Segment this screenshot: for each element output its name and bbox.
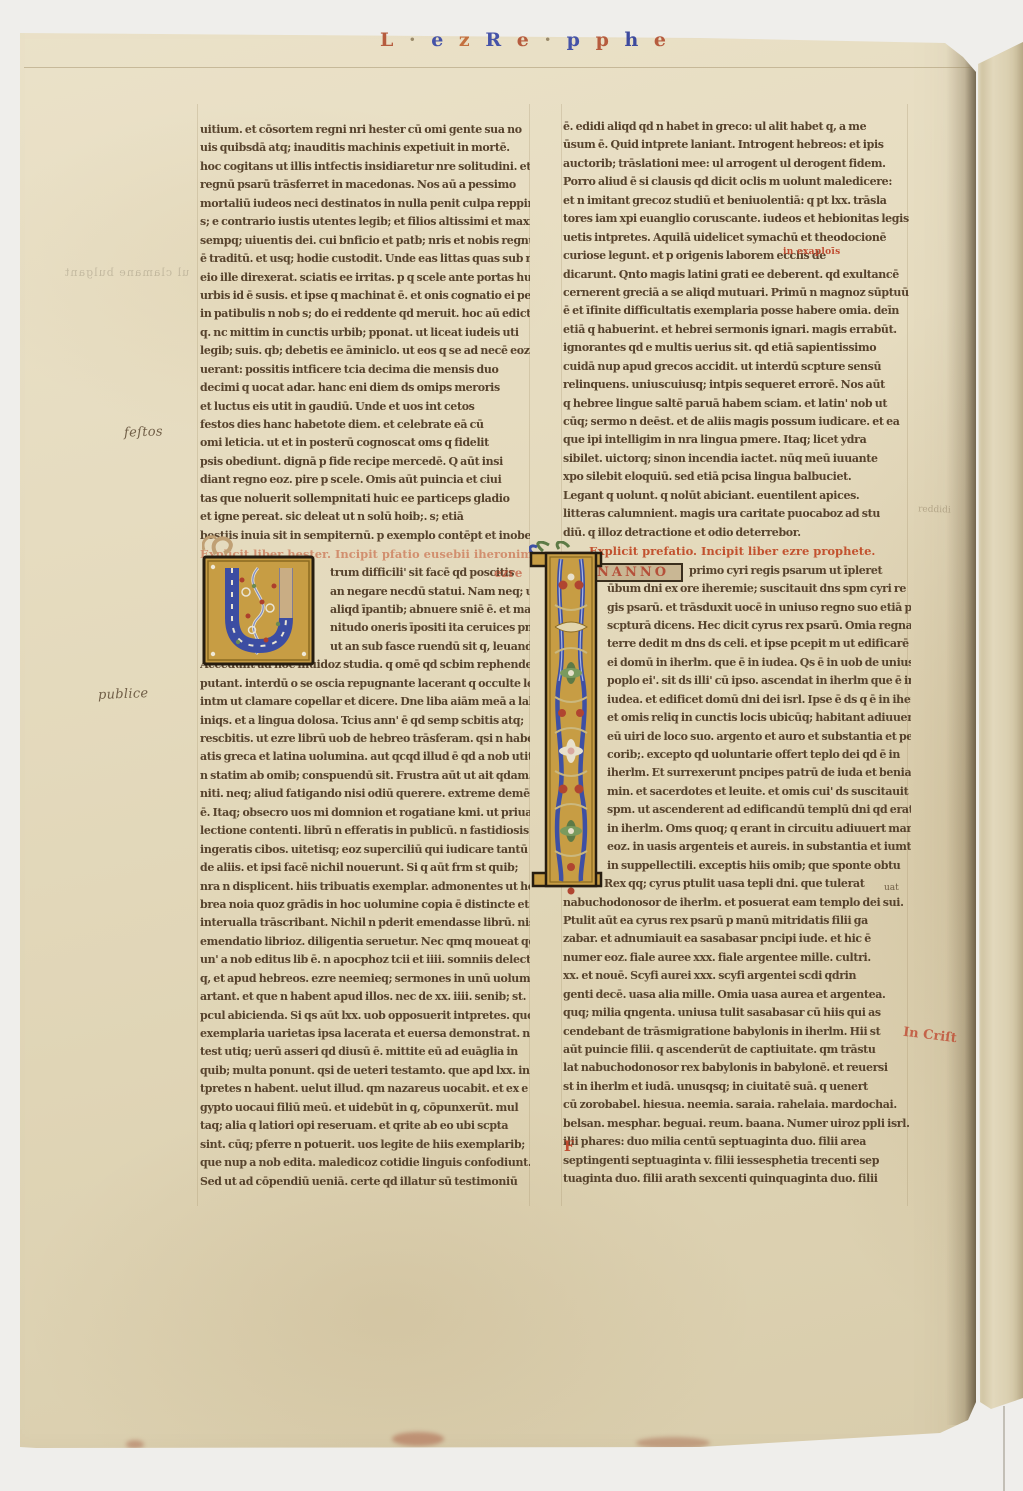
text-line: poplo ei'. sit ds illi' cū ipso. ascenda… [607, 672, 911, 690]
text-line: emendatio librioz. diligentia seruetur. … [200, 933, 530, 951]
inline-red-ezre: ezre [494, 566, 522, 580]
text-line: etiā q habuerint. et hebrei sermonis ign… [563, 321, 911, 339]
red-stain [392, 1432, 444, 1446]
incipit-first-line: primo cyri regis psarum ut īpleret [689, 564, 882, 577]
text-line: terre dedit m dns ds celi. et ipse pcepi… [607, 635, 911, 653]
running-title-letter: e [431, 29, 443, 51]
text-line: tas que noluerit sollempnitati huic ee p… [200, 490, 530, 508]
text-line: uitium. et cōsortem regni nri hester cū … [200, 121, 530, 139]
text-line: ilii phares: duo milia centū septuaginta… [563, 1133, 911, 1151]
text-line: intm ut clamare copellar et dicere. Dne … [200, 693, 530, 711]
initial-f-filii: F [564, 1139, 574, 1155]
text-line: iniqs. et a lingua dolosa. Tcius ann' ē … [200, 712, 530, 730]
ruling-line-top [24, 67, 972, 68]
text-line: genti decē. uasa alia mille. Omia uasa a… [563, 986, 911, 1004]
text-line: dicarunt. Qnto magis latini grati ee deb… [563, 266, 911, 284]
text-line: st in iherlm et iudā. unusqsq; in ciuita… [563, 1078, 911, 1096]
text-line: xx. et nouē. Scyfi aurei xxx. scyfi arge… [563, 967, 911, 985]
text-line: iudea. et edificet domū dni dei isrl. Ip… [607, 691, 911, 709]
text-line: q, et apud hebreos. ezre neemieq; sermon… [200, 970, 530, 988]
margin-note-publice: publice [98, 686, 149, 703]
text-line: q. nc mittim in cunctis urbib; pponat. u… [200, 324, 530, 342]
margin-note-reddidi: reddidi [918, 504, 951, 515]
text-line: relinquens. uniuscuiusq; intpis sequeret… [563, 376, 911, 394]
text-line: uetis intpretes. Aquilā uidelicet symach… [563, 229, 911, 247]
text-line: sibilet. uictorq; sinon incendia iactet.… [563, 450, 911, 468]
ezra-indent-lines: ūbum dni ex ore iheremie; suscitauit dns… [563, 580, 911, 875]
text-line: diū. q illoz detractione et odio deterre… [563, 524, 911, 542]
text-line: iherlm. Et surrexerunt pncipes patrū de … [607, 764, 911, 782]
text-line: quq; milia qngenta. uniusa tulit sasabas… [563, 1004, 911, 1022]
text-line: Legant q uolunt. q nolūt abiciant. euent… [563, 487, 911, 505]
text-line: tpretes n habent. uelut illud. qm nazare… [200, 1080, 530, 1098]
text-line: in suppellectili. exceptis hiis omib; qu… [607, 857, 911, 875]
text-line: scpturā dicens. Hec dicit cyrus rex psar… [607, 617, 911, 635]
text-line: sint. cūq; pferre n potuerit. uos legite… [200, 1136, 530, 1154]
text-line: de aliis. et ipsi facē nichil nouerunt. … [200, 859, 530, 877]
text-line: uis quibsdā atq; inauditis machinis expe… [200, 139, 530, 157]
text-line: ē traditū. et usq; hodie custodit. Unde … [200, 250, 530, 268]
text-line: cendebant de trāsmigratione babylonis in… [563, 1023, 911, 1041]
text-line: nitudo oneris īpositi ita ceruices pmit [330, 619, 530, 637]
text-line: in patibulis n nob s; do ei reddente qd … [200, 305, 530, 323]
text-line: hoc cogitans ut illis intfectis insidiar… [200, 158, 530, 176]
text-line: numer eoz. fiale auree xxx. fiale argent… [563, 949, 911, 967]
text-line: mortaliū iudeos neci destinatos in nulla… [200, 195, 530, 213]
running-title-letter: · [409, 29, 416, 51]
text-line: n statim ab omib; conspuendū sit. Frustr… [200, 767, 530, 785]
text-line: lectione contenti. librū n efferatis in … [200, 822, 530, 840]
ruling-line-col1-left [197, 104, 198, 1206]
running-title-letter: e [517, 29, 529, 51]
text-line: cūq; sermo n deēst. et de aliis magis po… [563, 413, 911, 431]
text-line: spm. ut ascenderent ad edificandū templū… [607, 801, 911, 819]
gutter-shadow [946, 40, 977, 1425]
manuscript-photo: L·ezRe·pphe uitium. et cōsortem regni nr… [0, 0, 1023, 1491]
text-line: nra n displicent. hiis tribuatis exempla… [200, 878, 530, 896]
esther-ending-lines: uitium. et cōsortem regni nri hester cū … [200, 121, 530, 545]
text-line: corib;. excepto qd uoluntarie offert tep… [607, 746, 911, 764]
right-text-column: ē. edidi aliqd qd n habet in greco: ul a… [563, 118, 911, 1210]
text-line: urbis id ē susis. et ipse q machinat ē. … [200, 287, 530, 305]
text-line: atis greca et latina uolumina. aut qcqd … [200, 748, 530, 766]
running-title-letter: · [544, 29, 551, 51]
text-line: belsan. mesphar. beguai. reum. baana. Nu… [563, 1115, 911, 1133]
running-title-letter: R [485, 29, 501, 51]
text-line: rescbitis. ut ezre librū uob de hebreo t… [200, 730, 530, 748]
text-line: aūt puincie filii. q ascenderūt de capti… [563, 1041, 911, 1059]
prologue-continuation-lines: ē. edidi aliqd qd n habet in greco: ul a… [563, 118, 911, 542]
ghost-offset-text: ul clamane bulgant [64, 266, 189, 279]
text-line: que nup a nob edita. maledicoz cotidie l… [200, 1154, 530, 1172]
text-line: eoz. in uasis argenteis et aureis. in su… [607, 838, 911, 856]
text-line: cernerent greciā a se aliqd mutuari. Pri… [563, 284, 911, 302]
text-line: exemplaria uarietas ipsa lacerata et eue… [200, 1025, 530, 1043]
text-line: ignorantes qd e multis uerius sit. qd et… [563, 339, 911, 357]
text-line: in iherlm. Oms quoq; q erant in circuitu… [607, 820, 911, 838]
text-line: interualla trāscribant. Nichil n pderit … [200, 914, 530, 932]
margin-note-festos: feſtos [124, 424, 163, 440]
text-line: ē. Itaq; obsecro uos mi domnion et rogat… [200, 804, 530, 822]
text-line: ingeratis cibos. uitetisq; eoz supercili… [200, 841, 530, 859]
running-title-letter: p [567, 29, 580, 51]
running-title-letter: L [380, 29, 393, 51]
text-line: gypto uocaui filiū meū. et uidebūt in q,… [200, 1099, 530, 1117]
text-line: lerant. Rex qq; cyrus ptulit uasa tepli … [563, 875, 911, 893]
text-line: quib; multa ponunt. qsi de ueteri testam… [200, 1062, 530, 1080]
text-line: omi leticia. ut et in posterū cognoscat … [200, 434, 530, 452]
illuminated-initial-i [529, 541, 605, 901]
text-line: ei domū in iherlm. que ē in iudea. Qs ē … [607, 654, 911, 672]
text-line: et omis reliq in cunctis locis ubicūq; h… [607, 709, 911, 727]
text-line: un' a nob editus lib ē. n apocphoz tcii … [200, 951, 530, 969]
correction-uat: uat [884, 883, 899, 893]
text-line: zabar. et adnumiauit ea sasabasar pncipi… [563, 930, 911, 948]
text-line: artant. et que n habent apud illos. nec … [200, 988, 530, 1006]
text-line: festos dies hanc habetote diem. et celeb… [200, 416, 530, 434]
text-line: niti. neq; aliud fatigando nisi odiū que… [200, 785, 530, 803]
text-line: lat nabuchodonosor rex babylonis in baby… [563, 1059, 911, 1077]
rubric-incipit-ezre: Explicit prefatio. Incipit liber ezre pr… [589, 542, 911, 561]
running-title-letter: e [654, 29, 666, 51]
text-line: putant. interdū o se oscia repugnante la… [200, 675, 530, 693]
text-line: cuidā nup apud grecos accidit. ut interd… [563, 358, 911, 376]
text-line: auctorib; trāslationi mee: ul arrogent u… [563, 155, 911, 173]
lower-page-edge-line [1003, 1406, 1005, 1491]
text-line: diant regno eoz. pire p scele. Omis aūt … [200, 471, 530, 489]
incipit-display-line: NANNOprimo cyri regis psarum ut īpleret [583, 561, 911, 580]
text-line: litteras calumnient. magis ura caritate … [563, 505, 911, 523]
text-line: s; e contrario iustis utentes legib; et … [200, 213, 530, 231]
text-line: et luctus eis utit in gaudiū. Unde et uo… [200, 398, 530, 416]
text-line: regnū psarū trāsferret in macedonas. Nos… [200, 176, 530, 194]
text-line: an negare necdū statui. Nam neq; uob [330, 583, 530, 601]
text-line: et n imitant grecoz studiū et beniuolent… [563, 192, 911, 210]
text-line: nabuchodonosor de iherlm. et posuerat ea… [563, 894, 911, 912]
text-line: eio ille direxerat. sciatis ee irritas. … [200, 269, 530, 287]
text-line: et igne pereat. sic deleat ut n solū hoi… [200, 508, 530, 526]
red-stain [636, 1437, 710, 1449]
text-line: ūbum dni ex ore iheremie; suscitauit dns… [607, 580, 911, 598]
text-line: cū zorobabel. hiesua. neemia. saraia. ra… [563, 1096, 911, 1114]
ezra-chapter-lines: lerant. Rex qq; cyrus ptulit uasa tepli … [563, 875, 911, 1188]
text-line: Porro aliud ē si clausis qd dicit oclis … [563, 173, 911, 191]
running-title-letter: z [459, 29, 470, 51]
text-line: pcul abicienda. Si qs aūt lxx. uob oppos… [200, 1007, 530, 1025]
text-line: aliqd īpantib; abnuere sniē ē. et mag [330, 601, 530, 619]
text-line: brea noia quoz grādis in hoc uolumine co… [200, 896, 530, 914]
text-line: sempq; uiuentis dei. cui bnficio et patb… [200, 232, 530, 250]
running-title: L·ezRe·pphe [380, 29, 666, 51]
illuminated-initial-u [202, 532, 316, 670]
text-line: xpo silebit eloquiū. sed etiā pcisa ling… [563, 468, 911, 486]
text-line: que ipi intelligim in nra lingua pmere. … [563, 431, 911, 449]
facing-page-edge [977, 0, 1023, 1491]
text-line: ē. edidi aliqd qd n habet in greco: ul a… [563, 118, 911, 136]
text-line: tuaginta duo. filii arath sexcenti quinq… [563, 1170, 911, 1188]
text-line: ē et īfinite difficultatis exemplaria po… [563, 302, 911, 320]
text-line: ūsum ē. Quid intprete laniant. Introgent… [563, 136, 911, 154]
running-title-letter: p [596, 29, 609, 51]
text-line: min. et sacerdotes et leuite. et omis cu… [607, 783, 911, 801]
text-line: psis obediunt. dignā p fide recipe merce… [200, 453, 530, 471]
text-line: gis psarū. et trāsduxit uocē in uniuso r… [607, 599, 911, 617]
text-line: tores iam xpi euanglio coruscante. iudeo… [563, 210, 911, 228]
text-line: decimi q uocat adar. hanc eni diem ds om… [200, 379, 530, 397]
inline-red-exaplois: in exaploīs [783, 247, 841, 257]
text-line: taq; alia q latiori opi reseruam. et qri… [200, 1117, 530, 1135]
jerome-prologue-lines: Accedunt ad hoc inuidoz studia. q omē qd… [200, 656, 530, 1191]
text-line: eū uiri de loco suo. argento et auro et … [607, 728, 911, 746]
text-line: uerant: possitis intficere tcia decima d… [200, 361, 530, 379]
text-line: ut an sub fasce ruendū sit q, leuandum. [330, 638, 530, 656]
text-line: Ptulit aūt ea cyrus rex psarū p manū mit… [563, 912, 911, 930]
red-stain [126, 1440, 144, 1449]
text-line: test utiq; uerū asseri qd diusū ē. mitti… [200, 1043, 530, 1061]
text-line: Sed ut ad cōpendiū ueniā. certe qd illat… [200, 1173, 530, 1191]
text-line: legib; suis. qb; debetis ee āminiclo. ut… [200, 342, 530, 360]
text-line: septingenti septuaginta v. filii iessesp… [563, 1152, 911, 1170]
text-line: curiose legunt. et p origenis laborem ec… [563, 247, 911, 265]
text-line: q hebree lingue saltē paruā habem sciam.… [563, 395, 911, 413]
running-title-letter: h [624, 29, 638, 51]
